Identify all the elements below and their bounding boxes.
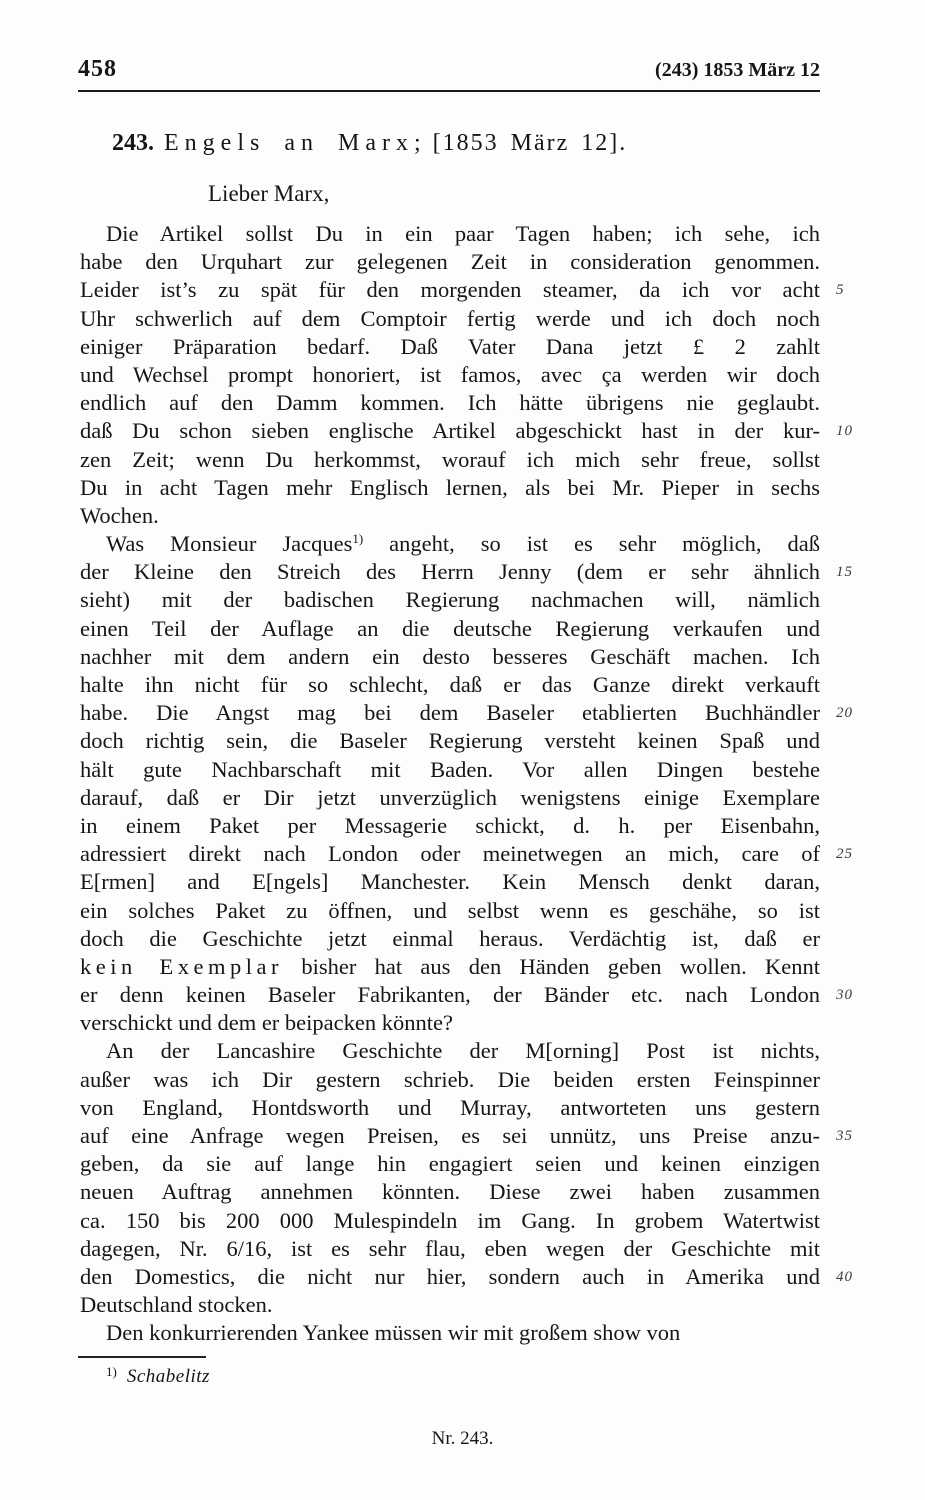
letter-line: ca. 150 bis 200 000 Mulespindeln im Gang… xyxy=(80,1207,820,1235)
margin-line-number: 35 xyxy=(836,1125,853,1147)
running-head: 458 (243) 1853 März 12 xyxy=(78,56,820,92)
letter-line: geben, da sie auf lange hin engagiert se… xyxy=(80,1150,820,1178)
letter-line: neuen Auftrag annehmen könnten. Diese zw… xyxy=(80,1178,820,1206)
letter-line: sieht) mit der badischen Regierung nachm… xyxy=(80,586,820,614)
letter-author-recipient: Engels an Marx; xyxy=(164,130,427,156)
footnote-marker: 1) xyxy=(106,1364,117,1379)
footnote-reference: 1) xyxy=(352,531,363,546)
letter-line: Wochen. xyxy=(80,502,820,530)
letter-line: doch die Geschichte jetzt einmal heraus.… xyxy=(80,925,820,953)
margin-line-number: 5 xyxy=(836,279,845,301)
margin-line-number: 10 xyxy=(836,420,853,442)
letter-line: ein solches Paket zu öffnen, und selbst … xyxy=(80,897,820,925)
letter-line: verschickt und dem er beipacken könnte? xyxy=(80,1009,820,1037)
letter-line: Du in acht Tagen mehr Englisch lernen, a… xyxy=(80,474,820,502)
letter-line: Den konkurrierenden Yankee müssen wir mi… xyxy=(80,1319,820,1347)
page-footer: Nr. 243. xyxy=(0,1428,925,1450)
letter-line: Was Monsieur Jacques1) angeht, so ist es… xyxy=(80,530,820,558)
margin-line-number: 40 xyxy=(836,1266,853,1288)
letter-line: E[rmen] and E[ngels] Manchester. Kein Me… xyxy=(80,868,820,896)
letter-line: habe den Urquhart zur gelegenen Zeit in … xyxy=(80,248,820,276)
running-title: (243) 1853 März 12 xyxy=(655,59,820,82)
letter-line: Die Artikel sollst Du in ein paar Tagen … xyxy=(80,220,820,248)
letter-date: [1853 März 12]. xyxy=(433,130,628,156)
margin-line-number: 15 xyxy=(836,561,853,583)
letter-line: Deutschland stocken. xyxy=(80,1291,820,1319)
letter-line: zen Zeit; wenn Du herkommst, worauf ich … xyxy=(80,446,820,474)
letter-line: in einem Paket per Messagerie schickt, d… xyxy=(80,812,820,840)
footnote-rule xyxy=(78,1356,206,1358)
letter-line: kein Exemplar bisher hat aus den Händen … xyxy=(80,953,820,981)
letter-line: Leider ist’s zu spät für den morgenden s… xyxy=(80,276,820,304)
letter-number: 243. xyxy=(112,130,154,156)
letter-line: halte ihn nicht für so schlecht, daß er … xyxy=(80,671,820,699)
letter-heading: 243.Engels an Marx;[1853 März 12]. xyxy=(112,130,627,157)
margin-line-number: 20 xyxy=(836,702,853,724)
page-number: 458 xyxy=(78,56,117,83)
letter-body: Die Artikel sollst Du in ein paar Tagen … xyxy=(80,220,820,1348)
margin-line-number: 30 xyxy=(836,984,853,1006)
letter-line: und Wechsel prompt honoriert, ist famos,… xyxy=(80,361,820,389)
letter-line: dagegen, Nr. 6/16, ist es sehr flau, ebe… xyxy=(80,1235,820,1263)
letter-line: einen Teil der Auflage an die deutsche R… xyxy=(80,615,820,643)
letter-line: auf eine Anfrage wegen Preisen, es sei u… xyxy=(80,1122,820,1150)
letter-line: daß Du schon sieben englische Artikel ab… xyxy=(80,417,820,445)
letter-line: er denn keinen Baseler Fabrikanten, der … xyxy=(80,981,820,1009)
letter-line: endlich auf den Damm kommen. Ich hätte ü… xyxy=(80,389,820,417)
letter-line: der Kleine den Streich des Herrn Jenny (… xyxy=(80,558,820,586)
letter-line: von England, Hontdsworth und Murray, ant… xyxy=(80,1094,820,1122)
letter-line: An der Lancashire Geschichte der M[ornin… xyxy=(80,1037,820,1065)
letter-line: adressiert direkt nach London oder meine… xyxy=(80,840,820,868)
letter-line: Uhr schwerlich auf dem Comptoir fertig w… xyxy=(80,305,820,333)
letter-line: doch richtig sein, die Baseler Regierung… xyxy=(80,727,820,755)
salutation: Lieber Marx, xyxy=(208,181,329,207)
scanned-book-page: 458 (243) 1853 März 12 243.Engels an Mar… xyxy=(0,0,925,1500)
margin-line-number: 25 xyxy=(836,843,853,865)
letter-line: habe. Die Angst mag bei dem Baseler etab… xyxy=(80,699,820,727)
letter-line: den Domestics, die nicht nur hier, sonde… xyxy=(80,1263,820,1291)
footnote-text: Schabelitz xyxy=(127,1366,210,1387)
letter-line: außer was ich Dir gestern schrieb. Die b… xyxy=(80,1066,820,1094)
letter-line: darauf, daß er Dir jetzt unverzüglich we… xyxy=(80,784,820,812)
letter-line: nachher mit dem andern ein desto bessere… xyxy=(80,643,820,671)
letter-line: hält gute Nachbarschaft mit Baden. Vor a… xyxy=(80,756,820,784)
letter-line: einiger Präparation bedarf. Daß Vater Da… xyxy=(80,333,820,361)
footnote: 1)Schabelitz xyxy=(106,1364,210,1388)
